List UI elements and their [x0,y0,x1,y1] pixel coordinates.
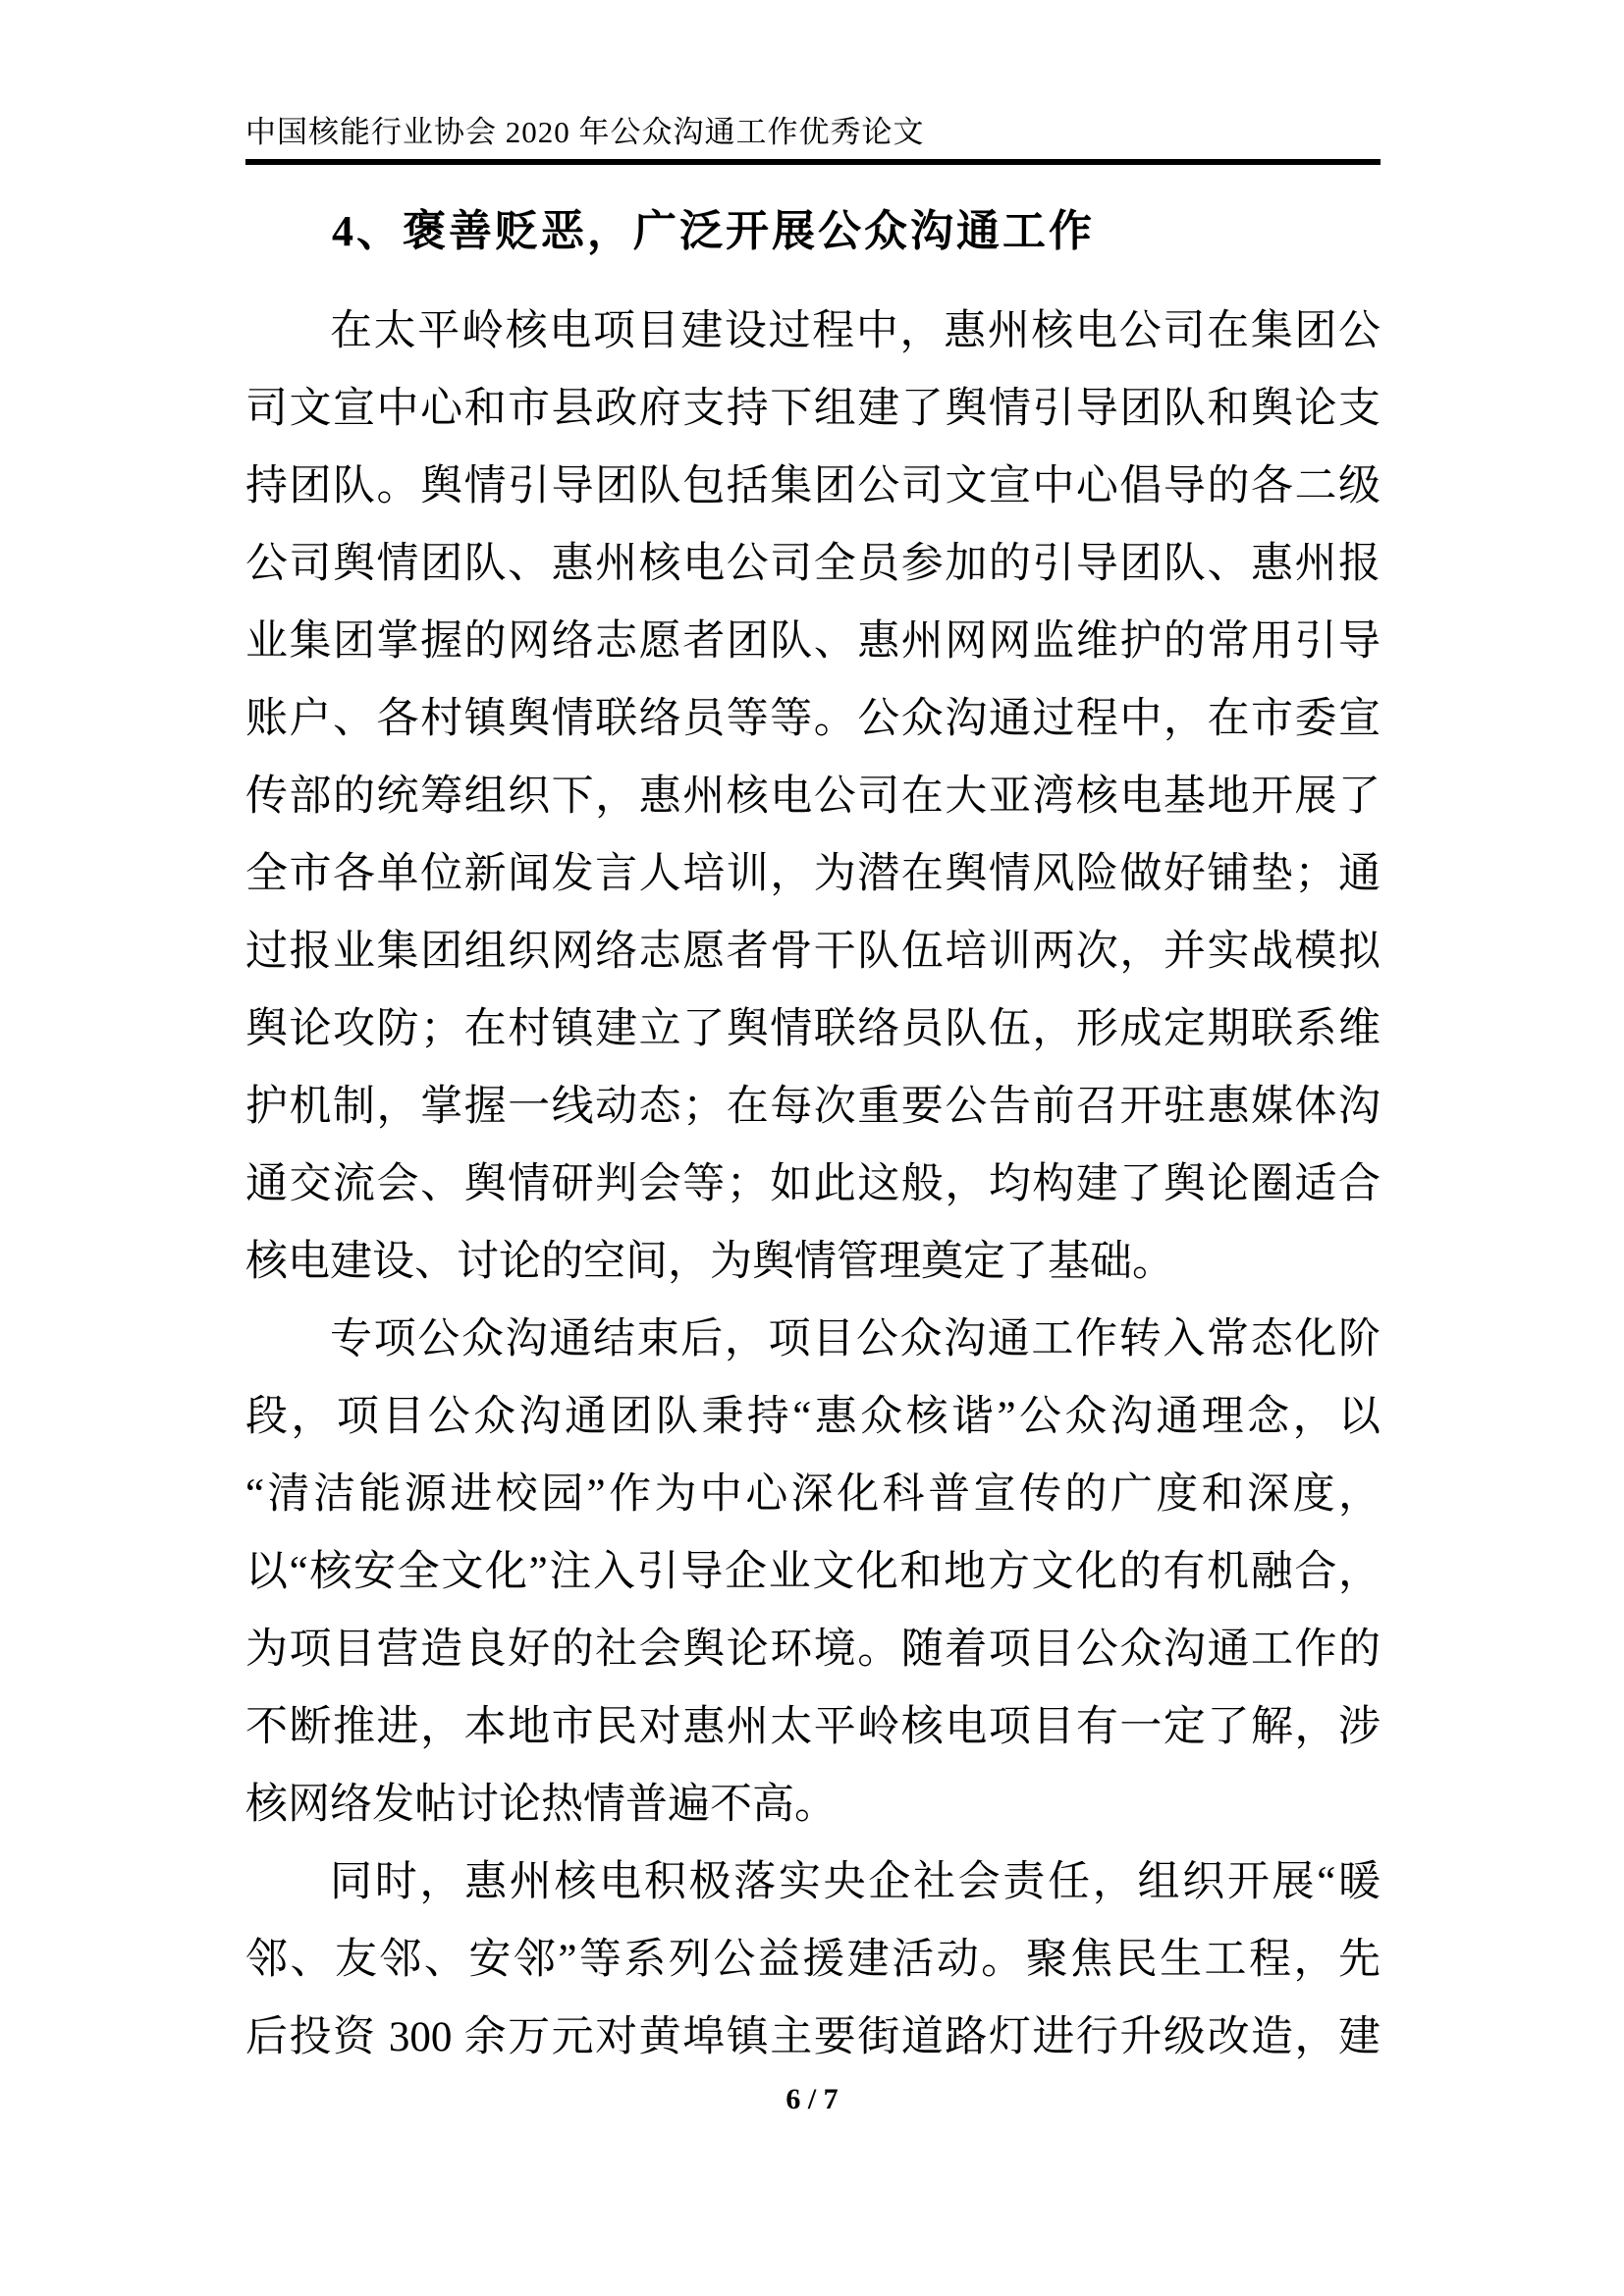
text-line: 后投资 300 余万元对黄埠镇主要街道路灯进行升级改造，建 [245,1999,1380,2076]
text-line: 通交流会、舆情研判会等；如此这般，均构建了舆论圈适合 [245,1146,1380,1223]
text-line: 核电建设、讨论的空间，为舆情管理奠定了基础。 [245,1223,1380,1301]
text-line: 全市各单位新闻发言人培训，为潜在舆情风险做好铺垫；通 [245,835,1380,913]
text-line: 过报业集团组织网络志愿者骨干队伍培训两次，并实战模拟 [245,913,1380,990]
text-line: 护机制，掌握一线动态；在每次重要公告前召开驻惠媒体沟 [245,1068,1380,1146]
text-line: 账户、各村镇舆情联络员等等。公众沟通过程中，在市委宣 [245,680,1380,758]
body-lines: 在太平岭核电项目建设过程中，惠州核电公司在集团公司文宣中心和市县政府支持下组建了… [245,293,1380,2076]
text-line: 不断推进，本地市民对惠州太平岭核电项目有一定了解，涉 [245,1688,1380,1766]
text-line: 同时，惠州核电积极落实央企社会责任，组织开展“暖 [245,1843,1380,1921]
text-line: 舆论攻防；在村镇建立了舆情联络员队伍，形成定期联系维 [245,990,1380,1068]
text-line: 专项公众沟通结束后，项目公众沟通工作转入常态化阶 [245,1301,1380,1378]
text-line: 段，项目公众沟通团队秉持“惠众核谐”公众沟通理念，以 [245,1378,1380,1456]
document-page: 中国核能行业协会 2020 年公众沟通工作优秀论文 4、褒善贬恶，广泛开展公众沟… [0,0,1624,2296]
text-line: 以“核安全文化”注入引导企业文化和地方文化的有机融合， [245,1533,1380,1611]
text-line: 持团队。舆情引导团队包括集团公司文宣中心倡导的各二级 [245,448,1380,525]
text-line: 在太平岭核电项目建设过程中，惠州核电公司在集团公 [245,293,1380,370]
page-number: 6 / 7 [0,2083,1624,2116]
text-line: 司文宣中心和市县政府支持下组建了舆情引导团队和舆论支 [245,370,1380,448]
text-line: “清洁能源进校园”作为中心深化科普宣传的广度和深度， [245,1456,1380,1533]
text-line: 为项目营造良好的社会舆论环境。随着项目公众沟通工作的 [245,1611,1380,1688]
page-content: 中国核能行业协会 2020 年公众沟通工作优秀论文 4、褒善贬恶，广泛开展公众沟… [245,0,1380,2076]
running-header: 中国核能行业协会 2020 年公众沟通工作优秀论文 [245,116,1380,165]
text-line: 公司舆情团队、惠州核电公司全员参加的引导团队、惠州报 [245,525,1380,603]
text-line: 业集团掌握的网络志愿者团队、惠州网网监维护的常用引导 [245,603,1380,680]
section-heading: 4、褒善贬恶，广泛开展公众沟通工作 [245,206,1380,257]
text-line: 核网络发帖讨论热情普遍不高。 [245,1766,1380,1843]
text-line: 传部的统筹组织下，惠州核电公司在大亚湾核电基地开展了 [245,758,1380,835]
text-line: 邻、友邻、安邻”等系列公益援建活动。聚焦民生工程，先 [245,1921,1380,1999]
